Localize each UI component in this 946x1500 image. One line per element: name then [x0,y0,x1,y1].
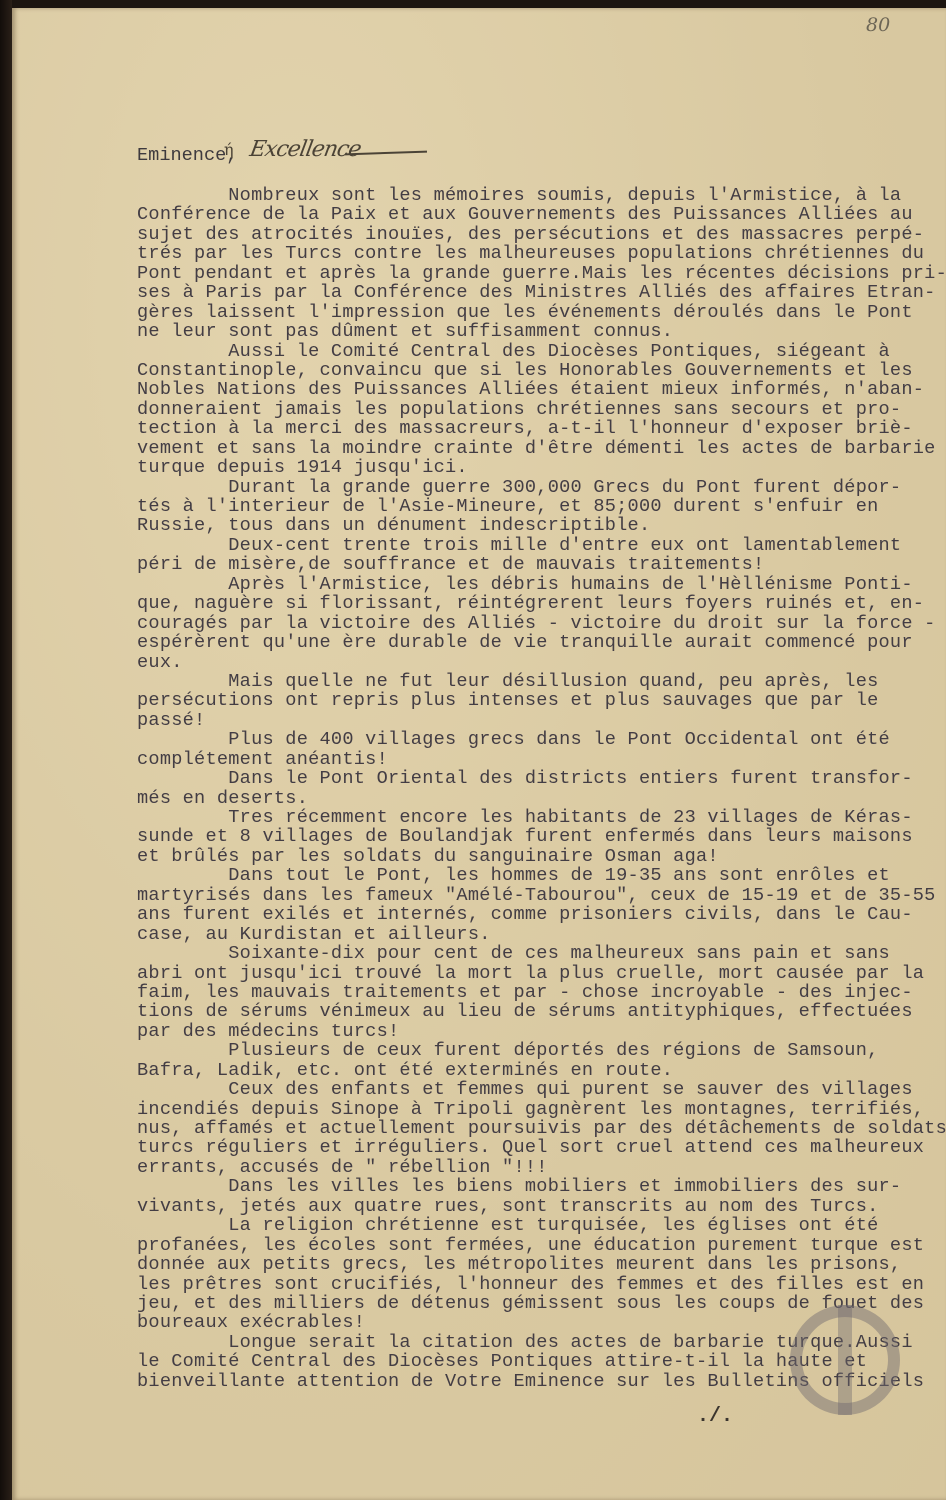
text-line: Nobles Nations des Puissances Alliées ét… [137,380,945,399]
text-line: gères laissent l'impression que les évén… [137,303,945,322]
scan-top-edge [0,0,946,8]
text-line: eux. [137,653,945,672]
text-line: turque depuis 1914 jusqu'ici. [137,458,945,477]
text-line: Ceux des enfants et femmes qui purent se… [137,1080,945,1099]
text-line: couragés par la victoire des Alliés - vi… [137,614,945,633]
text-line: Aussi le Comité Central des Diocèses Pon… [137,342,945,361]
text-line: persécutions ont repris plus intenses et… [137,691,945,710]
text-line: Pont pendant et après la grande guerre.M… [137,264,945,283]
text-line: que, naguère si florissant, réintégreren… [137,594,945,613]
archive-stamp-bar [838,1305,852,1415]
text-line: Plus de 400 villages grecs dans le Pont … [137,730,945,749]
text-line: tions de sérums vénimeux au lieu de séru… [137,1002,945,1021]
text-line: Conférence de la Paix et aux Gouvernemen… [137,205,945,224]
text-line: faim, les mauvais traitements et par - c… [137,983,945,1002]
folio-number: 80 [866,14,890,36]
scan-left-edge [0,0,12,1500]
text-line: La religion chrétienne est turquisée, le… [137,1216,945,1235]
text-line: donnée aux petits grecs, les métropolite… [137,1255,945,1274]
text-line: donneraient jamais les populations chrét… [137,400,945,419]
letter-body: Nombreux sont les mémoires soumis, depui… [137,186,945,1391]
salutation: Eminence, [137,145,237,166]
text-line: par des médecins turcs! [137,1022,945,1041]
text-line: sunde et 8 villages de Boulandjak furent… [137,827,945,846]
text-line: Dans le Pont Oriental des districts enti… [137,769,945,788]
text-line: case, au Kurdistan et ailleurs. [137,925,945,944]
text-line: Mais quelle ne fut leur désillusion quan… [137,672,945,691]
text-line: Nombreux sont les mémoires soumis, depui… [137,186,945,205]
text-line: et brûlés par les soldats du sanguinaire… [137,847,945,866]
text-line: trés par les Turcs contre les malheureus… [137,244,945,263]
text-line: Tres récemment encore les habitants de 2… [137,808,945,827]
continuation-mark: ./. [697,1405,733,1428]
text-line: ne leur sont pas dûment et suffisamment … [137,322,945,341]
text-line: Plusieurs de ceux furent déportés des ré… [137,1041,945,1060]
text-line: Dans tout le Pont, les hommes de 19-35 a… [137,866,945,885]
handwritten-correction: Excellence [248,137,363,162]
text-line: Bafra, Ladik, etc. ont été exterminés en… [137,1061,945,1080]
text-line: Dans les villes les biens mobiliers et i… [137,1177,945,1196]
text-line: passé! [137,711,945,730]
text-line: péri de misère,de souffrance et de mauva… [137,555,945,574]
text-line: Russie, tous dans un dénument indescript… [137,516,945,535]
text-line: més en deserts. [137,789,945,808]
text-line: tés à l'interieur de l'Asie-Mineure, et … [137,497,945,516]
text-line: Durant la grande guerre 300,000 Grecs du… [137,478,945,497]
text-line: vivants, jetés aux quatre rues, sont tra… [137,1197,945,1216]
text-line: turcs réguliers et irréguliers. Quel sor… [137,1138,945,1157]
text-line: Après l'Armistice, les débris humains de… [137,575,945,594]
text-line: abri ont jusqu'ici trouvé la mort la plu… [137,964,945,983]
text-line: Soixante-dix pour cent de ces malheureux… [137,944,945,963]
text-line: complétement anéantis! [137,750,945,769]
text-line: Deux-cent trente trois mille d'entre eux… [137,536,945,555]
text-line: espérèrent qu'une ère durable de vie tra… [137,633,945,652]
text-line: errants, accusés de " rébellion "!!! [137,1158,945,1177]
text-line: les prêtres sont crucifiés, l'honneur de… [137,1275,945,1294]
handwritten-insert-mark: ή [224,140,234,159]
text-line: nus, affamés et actuellement poursuivis … [137,1119,945,1138]
text-line: ans furent exilés et internés, comme pri… [137,905,945,924]
text-line: Constantinople, convaincu que si les Hon… [137,361,945,380]
text-line: martyrisés dans les fameux "Amélé-Tabour… [137,886,945,905]
text-line: profanées, les écoles sont fermées, une … [137,1236,945,1255]
text-line: tection à la merci des massacreurs, a-t-… [137,419,945,438]
text-line: sujet des atrocités inouïes, des persécu… [137,225,945,244]
text-line: ses à Paris par la Conférence des Minist… [137,283,945,302]
text-line: incendiés depuis Sinope à Tripoli gagnèr… [137,1100,945,1119]
text-line: vement et sans la moindre crainte d'être… [137,439,945,458]
